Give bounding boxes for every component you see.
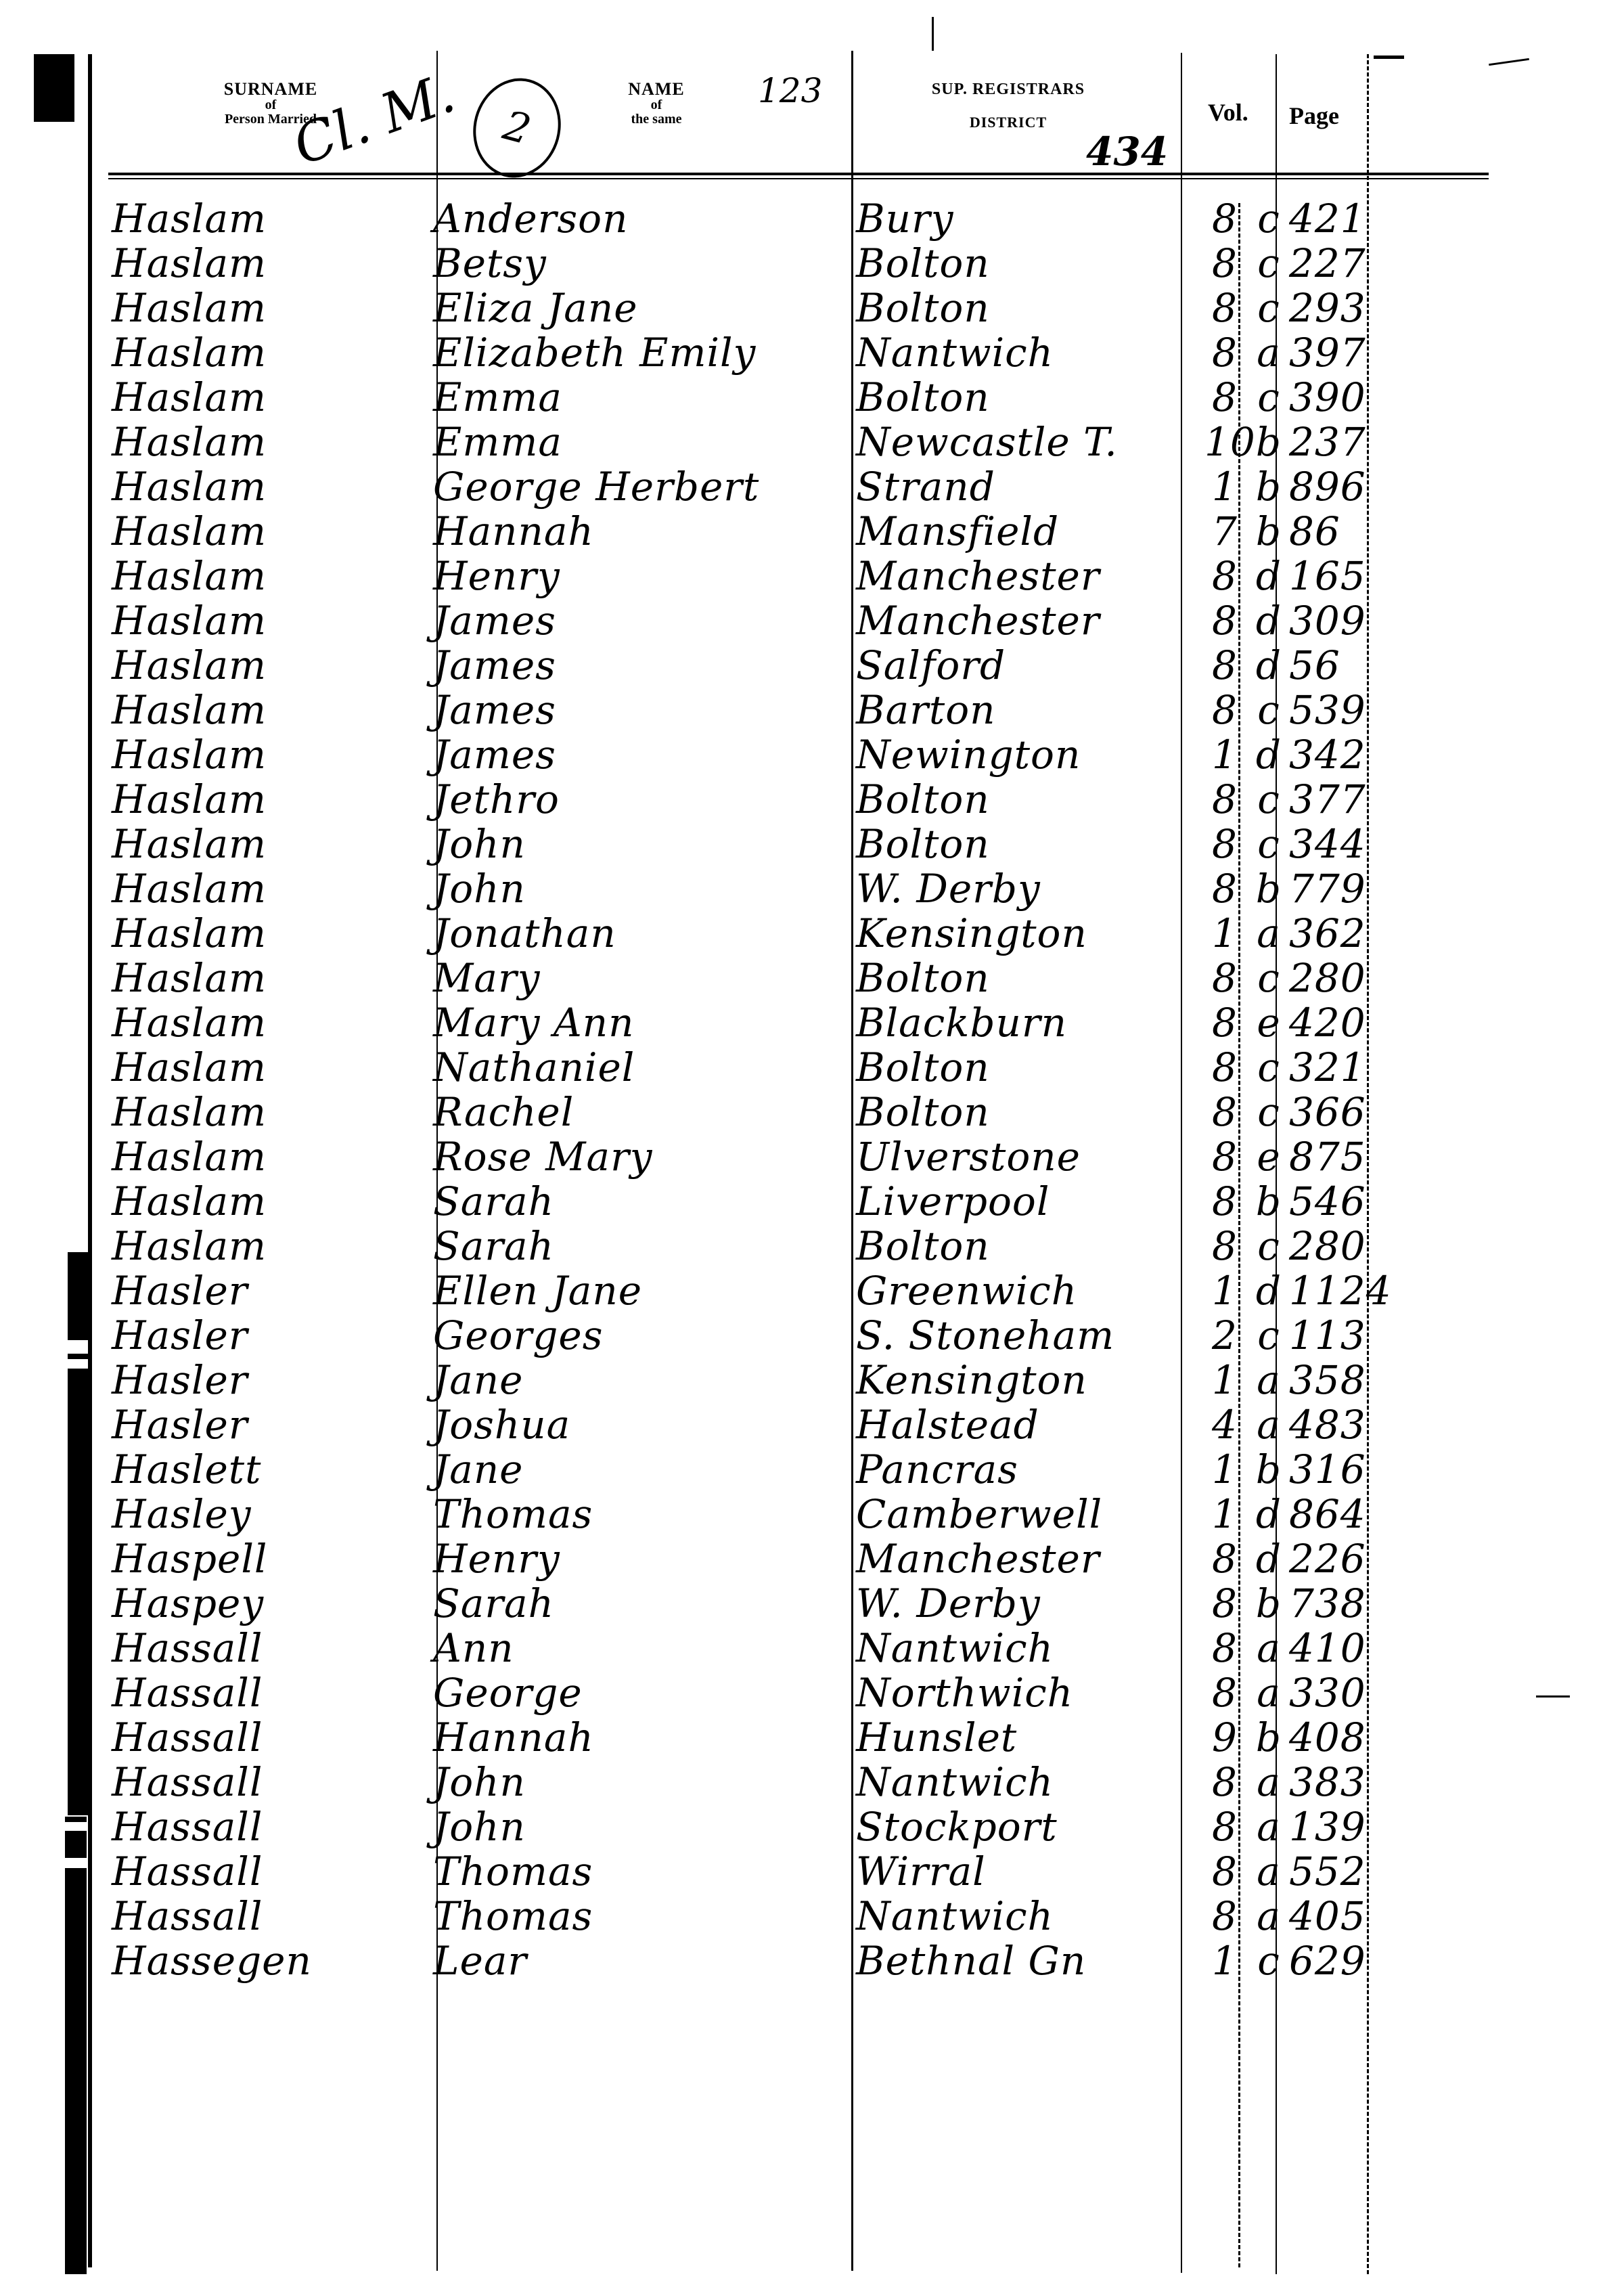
district: Bolton <box>856 241 990 286</box>
district: Bury <box>856 196 953 241</box>
volume-letter: d <box>1248 1536 1289 1581</box>
volume-letter: d <box>1248 554 1289 598</box>
page-number: 864 <box>1289 1492 1366 1536</box>
district: Blackburn <box>856 1000 1067 1045</box>
district: Nantwich <box>856 1760 1054 1804</box>
volume-letter: c <box>1248 822 1289 866</box>
volume-number: 8 <box>1204 1000 1245 1045</box>
volume-letter: a <box>1248 1670 1289 1715</box>
page-number: 237 <box>1289 420 1366 464</box>
given-name: Jonathan <box>433 911 616 956</box>
district: Newington <box>856 732 1081 777</box>
surname: Hasler <box>112 1402 248 1447</box>
entry-row: HaslamElizabeth EmilyNantwich8a397 <box>0 330 1624 375</box>
name-note-annotation: 123 <box>758 71 822 110</box>
volume-number: 8 <box>1204 777 1245 822</box>
entry-row: HaslamSarahBolton8c280 <box>0 1224 1624 1268</box>
surname: Hasler <box>112 1313 248 1358</box>
given-name: Nathaniel <box>433 1045 635 1090</box>
entry-row: HaslamSarahLiverpool8b546 <box>0 1179 1624 1224</box>
district: Northwich <box>856 1670 1073 1715</box>
volume-letter: c <box>1248 777 1289 822</box>
page-number: 56 <box>1289 643 1340 688</box>
page-number: 362 <box>1289 911 1366 956</box>
district: Wirral <box>856 1849 986 1894</box>
entry-row: HassallGeorgeNorthwich8a330 <box>0 1670 1624 1715</box>
entry-row: HassallHannahHunslet9b408 <box>0 1715 1624 1760</box>
header-page: Page <box>1289 102 1339 130</box>
district: Nantwich <box>856 1894 1054 1938</box>
given-name: Hannah <box>433 1715 594 1760</box>
page-number: 280 <box>1289 956 1366 1000</box>
volume-number: 8 <box>1204 1179 1245 1224</box>
entry-row: HaslamEliza JaneBolton8c293 <box>0 286 1624 330</box>
district: Manchester <box>856 1536 1100 1581</box>
entry-row: HasleyThomasCamberwell1d864 <box>0 1492 1624 1536</box>
district: Manchester <box>856 554 1100 598</box>
entry-row: HaslamNathanielBolton8c321 <box>0 1045 1624 1090</box>
given-name: George <box>433 1670 583 1715</box>
surname: Hasler <box>112 1268 248 1313</box>
given-name: Georges <box>433 1313 604 1358</box>
volume-number: 8 <box>1204 822 1245 866</box>
volume-letter: b <box>1248 1447 1289 1492</box>
given-name: Thomas <box>433 1492 593 1536</box>
district: Bolton <box>856 1224 990 1268</box>
surname: Haspey <box>112 1581 264 1626</box>
volume-letter: a <box>1248 330 1289 375</box>
given-name: John <box>433 822 526 866</box>
entry-row: HaslamJamesManchester8d309 <box>0 598 1624 643</box>
given-name: Ann <box>433 1626 514 1670</box>
volume-letter: c <box>1248 688 1289 732</box>
page-number: 410 <box>1289 1626 1366 1670</box>
entry-row: HaslamJonathanKensington1a362 <box>0 911 1624 956</box>
district: Bolton <box>856 822 990 866</box>
volume-letter: d <box>1248 1268 1289 1313</box>
entry-row: HaslerEllen JaneGreenwich1d1124 <box>0 1268 1624 1313</box>
volume-number: 2 <box>1204 1313 1245 1358</box>
surname: Hasley <box>112 1492 252 1536</box>
binding-bar <box>34 54 74 122</box>
volume-letter: c <box>1248 1313 1289 1358</box>
surname: Haslam <box>112 1090 267 1134</box>
given-name: George Herbert <box>433 464 759 509</box>
surname: Haslam <box>112 643 267 688</box>
surname: Haslam <box>112 286 267 330</box>
surname: Haslam <box>112 1179 267 1224</box>
surname: Haslam <box>112 777 267 822</box>
entry-row: HassallAnnNantwich8a410 <box>0 1626 1624 1670</box>
volume-letter: b <box>1248 509 1289 554</box>
page-number: 342 <box>1289 732 1366 777</box>
given-name: Anderson <box>433 196 628 241</box>
volume-letter: a <box>1248 1894 1289 1938</box>
header-district: SUP. REGISTRARS DISTRICT <box>907 81 1110 130</box>
page-number: 875 <box>1289 1134 1366 1179</box>
volume-letter: c <box>1248 1090 1289 1134</box>
district: Manchester <box>856 598 1100 643</box>
entry-row: HaslerGeorgesS. Stoneham2c113 <box>0 1313 1624 1358</box>
volume-letter: e <box>1248 1000 1289 1045</box>
entry-row: HaslamMary AnnBlackburn8e420 <box>0 1000 1624 1045</box>
entry-row: HassegenLearBethnal Gn1c629 <box>0 1938 1624 1983</box>
given-name: Jane <box>433 1358 524 1402</box>
district: Kensington <box>856 911 1087 956</box>
entry-row: HaslamJohnBolton8c344 <box>0 822 1624 866</box>
top-tick <box>932 17 934 51</box>
surname: Haslam <box>112 375 267 420</box>
volume-letter: a <box>1248 1804 1289 1849</box>
volume-number: 10 <box>1204 420 1245 464</box>
district: Salford <box>856 643 1006 688</box>
volume-letter: e <box>1248 1134 1289 1179</box>
given-name: Thomas <box>433 1894 593 1938</box>
given-name: Sarah <box>433 1224 554 1268</box>
volume-number: 8 <box>1204 330 1245 375</box>
volume-number: 8 <box>1204 1626 1245 1670</box>
given-name: Rachel <box>433 1090 574 1134</box>
surname: Hasler <box>112 1358 248 1402</box>
volume-number: 8 <box>1204 241 1245 286</box>
index-page: SURNAME of Person Married NAME of the sa… <box>0 0 1624 2285</box>
surname: Haslam <box>112 330 267 375</box>
surname: Haslam <box>112 241 267 286</box>
entry-row: HaslamEmmaBolton8c390 <box>0 375 1624 420</box>
district: Stockport <box>856 1804 1058 1849</box>
given-name: John <box>433 866 526 911</box>
page-number: 779 <box>1289 866 1366 911</box>
surname: Hassall <box>112 1670 263 1715</box>
surname: Hassall <box>112 1715 263 1760</box>
volume-number: 1 <box>1204 1447 1245 1492</box>
volume-number: 8 <box>1204 286 1245 330</box>
given-name: James <box>433 732 556 777</box>
entry-row: HaslamJamesNewington1d342 <box>0 732 1624 777</box>
entry-row: HaslamJamesBarton8c539 <box>0 688 1624 732</box>
entry-row: HaslerJaneKensington1a358 <box>0 1358 1624 1402</box>
volume-number: 8 <box>1204 866 1245 911</box>
volume-letter: a <box>1248 1402 1289 1447</box>
entry-row: HaslamEmmaNewcastle T.10b237 <box>0 420 1624 464</box>
surname: Haslam <box>112 1045 267 1090</box>
volume-number: 8 <box>1204 1134 1245 1179</box>
page-number: 86 <box>1289 509 1340 554</box>
volume-letter: c <box>1248 1938 1289 1983</box>
volume-number: 8 <box>1204 598 1245 643</box>
page-number: 165 <box>1289 554 1366 598</box>
entry-row: HaspellHenryManchester8d226 <box>0 1536 1624 1581</box>
surname: Haslam <box>112 598 267 643</box>
volume-letter: d <box>1248 643 1289 688</box>
page-number: 321 <box>1289 1045 1366 1090</box>
given-name: James <box>433 688 556 732</box>
given-name: Emma <box>433 375 562 420</box>
district: S. Stoneham <box>856 1313 1114 1358</box>
given-name: John <box>433 1804 526 1849</box>
page-number: 377 <box>1289 777 1366 822</box>
entry-row: HaslettJanePancras1b316 <box>0 1447 1624 1492</box>
page-number: 1124 <box>1289 1268 1392 1313</box>
district: Liverpool <box>856 1179 1050 1224</box>
entry-row: HaslamJamesSalford8d56 <box>0 643 1624 688</box>
surname: Haslam <box>112 1134 267 1179</box>
volume-number: 1 <box>1204 1938 1245 1983</box>
page-number: 896 <box>1289 464 1366 509</box>
district: Pancras <box>856 1447 1018 1492</box>
volume-letter: c <box>1248 241 1289 286</box>
page-number: 738 <box>1289 1581 1366 1626</box>
stray-mark <box>1374 56 1404 59</box>
given-name: Hannah <box>433 509 594 554</box>
volume-number: 8 <box>1204 1536 1245 1581</box>
given-name: Rose Mary <box>433 1134 653 1179</box>
circled-number-annotation: 2 <box>462 68 572 187</box>
district: Halstead <box>856 1402 1039 1447</box>
surname: Haslam <box>112 911 267 956</box>
page-number: 539 <box>1289 688 1366 732</box>
surname: Hassegen <box>112 1938 312 1983</box>
district: Strand <box>856 464 995 509</box>
page-number: 546 <box>1289 1179 1366 1224</box>
stray-mark <box>1489 58 1529 66</box>
volume-number: 1 <box>1204 732 1245 777</box>
page-number: 421 <box>1289 196 1366 241</box>
entry-row: HaslamRose MaryUlverstone8e875 <box>0 1134 1624 1179</box>
entry-row: HassallJohnStockport8a139 <box>0 1804 1624 1849</box>
entry-row: HaslamMaryBolton8c280 <box>0 956 1624 1000</box>
entry-row: HaslamAndersonBury8c421 <box>0 196 1624 241</box>
district: Hunslet <box>856 1715 1017 1760</box>
surname: Haslam <box>112 509 267 554</box>
volume-number: 7 <box>1204 509 1245 554</box>
volume-letter: a <box>1248 1626 1289 1670</box>
page-number: 420 <box>1289 1000 1366 1045</box>
given-name: James <box>433 598 556 643</box>
header-rule-thin <box>108 178 1489 179</box>
surname: Haslam <box>112 196 267 241</box>
page-number: 483 <box>1289 1402 1366 1447</box>
surname: Haslam <box>112 1224 267 1268</box>
district: Bolton <box>856 375 990 420</box>
page-number: 629 <box>1289 1938 1366 1983</box>
volume-letter: a <box>1248 1358 1289 1402</box>
given-name: Henry <box>433 1536 560 1581</box>
volume-number: 1 <box>1204 464 1245 509</box>
volume-number: 8 <box>1204 554 1245 598</box>
given-name: Sarah <box>433 1581 554 1626</box>
volume-letter: d <box>1248 598 1289 643</box>
volume-letter: b <box>1248 1715 1289 1760</box>
given-name: Jane <box>433 1447 524 1492</box>
entry-row: HassallJohnNantwich8a383 <box>0 1760 1624 1804</box>
surname: Haslam <box>112 732 267 777</box>
volume-number: 1 <box>1204 911 1245 956</box>
entry-row: HaslamBetsyBolton8c227 <box>0 241 1624 286</box>
volume-letter: d <box>1248 732 1289 777</box>
given-name: Elizabeth Emily <box>433 330 756 375</box>
given-name: Thomas <box>433 1849 593 1894</box>
given-name: Henry <box>433 554 560 598</box>
volume-letter: c <box>1248 1224 1289 1268</box>
page-number: 139 <box>1289 1804 1366 1849</box>
district: Ulverstone <box>856 1134 1081 1179</box>
surname: Hassall <box>112 1894 263 1938</box>
surname: Haslam <box>112 688 267 732</box>
given-name: John <box>433 1760 526 1804</box>
volume-letter: a <box>1248 911 1289 956</box>
entry-row: HaslamJethroBolton8c377 <box>0 777 1624 822</box>
page-number: 408 <box>1289 1715 1366 1760</box>
entry-row: HaslamGeorge HerbertStrand1b896 <box>0 464 1624 509</box>
page-number: 227 <box>1289 241 1366 286</box>
volume-letter: c <box>1248 375 1289 420</box>
page-number: 293 <box>1289 286 1366 330</box>
page-number: 366 <box>1289 1090 1366 1134</box>
district: W. Derby <box>856 1581 1041 1626</box>
entry-row: HaslamHenryManchester8d165 <box>0 554 1624 598</box>
stray-mark <box>1536 1695 1570 1698</box>
given-name: Lear <box>433 1938 527 1983</box>
district: Bolton <box>856 286 990 330</box>
volume-letter: d <box>1248 1492 1289 1536</box>
district: Barton <box>856 688 996 732</box>
surname: Haslam <box>112 866 267 911</box>
surname: Haslam <box>112 956 267 1000</box>
page-number: 226 <box>1289 1536 1366 1581</box>
volume-letter: b <box>1248 420 1289 464</box>
entry-row: HaslamRachelBolton8c366 <box>0 1090 1624 1134</box>
surname: Hassall <box>112 1849 263 1894</box>
page-number: 113 <box>1289 1313 1366 1358</box>
volume-number: 8 <box>1204 196 1245 241</box>
given-name: James <box>433 643 556 688</box>
district: Camberwell <box>856 1492 1102 1536</box>
district: W. Derby <box>856 866 1041 911</box>
volume-number: 8 <box>1204 643 1245 688</box>
entry-row: HassallThomasNantwich8a405 <box>0 1894 1624 1938</box>
volume-letter: c <box>1248 196 1289 241</box>
volume-letter: a <box>1248 1849 1289 1894</box>
volume-letter: c <box>1248 956 1289 1000</box>
district: Bethnal Gn <box>856 1938 1086 1983</box>
volume-number: 8 <box>1204 1224 1245 1268</box>
page-number: 309 <box>1289 598 1366 643</box>
given-name: Eliza Jane <box>433 286 638 330</box>
given-name: Jethro <box>433 777 560 822</box>
volume-number: 8 <box>1204 1090 1245 1134</box>
page-number: 280 <box>1289 1224 1366 1268</box>
district: Mansfield <box>856 509 1059 554</box>
page-number: 358 <box>1289 1358 1366 1402</box>
volume-letter: c <box>1248 1045 1289 1090</box>
entry-row: HaslamHannahMansfield7b86 <box>0 509 1624 554</box>
surname: Haslam <box>112 420 267 464</box>
district: Bolton <box>856 1090 990 1134</box>
page-number: 344 <box>1289 822 1366 866</box>
header-vol: Vol. <box>1208 98 1248 127</box>
given-name: Ellen Jane <box>433 1268 642 1313</box>
district: Nantwich <box>856 1626 1054 1670</box>
district: Greenwich <box>856 1268 1077 1313</box>
header-name: NAME of the same <box>609 80 704 127</box>
page-number: 552 <box>1289 1849 1366 1894</box>
district: Newcastle T. <box>856 420 1118 464</box>
given-name: Mary Ann <box>433 1000 635 1045</box>
district: Kensington <box>856 1358 1087 1402</box>
entry-row: HassallThomasWirral8a552 <box>0 1849 1624 1894</box>
district: Bolton <box>856 956 990 1000</box>
entry-row: HaslamJohnW. Derby8b779 <box>0 866 1624 911</box>
given-name: Joshua <box>433 1402 570 1447</box>
page-number: 383 <box>1289 1760 1366 1804</box>
entry-row: HaspeySarahW. Derby8b738 <box>0 1581 1624 1626</box>
surname: Hassall <box>112 1760 263 1804</box>
surname: Haspell <box>112 1536 267 1581</box>
district: Nantwich <box>856 330 1054 375</box>
page-number: 330 <box>1289 1670 1366 1715</box>
volume-letter: b <box>1248 1179 1289 1224</box>
surname: Hassall <box>112 1804 263 1849</box>
district: Bolton <box>856 1045 990 1090</box>
volume-number: 8 <box>1204 1670 1245 1715</box>
surname: Haslam <box>112 554 267 598</box>
given-name: Emma <box>433 420 562 464</box>
volume-number: 1 <box>1204 1358 1245 1402</box>
given-name: Sarah <box>433 1179 554 1224</box>
volume-number: 1 <box>1204 1492 1245 1536</box>
volume-number: 8 <box>1204 1849 1245 1894</box>
volume-letter: b <box>1248 866 1289 911</box>
surname: Haslam <box>112 464 267 509</box>
volume-number: 8 <box>1204 1760 1245 1804</box>
surname: Haslam <box>112 1000 267 1045</box>
district: Bolton <box>856 777 990 822</box>
district-number-annotation: 434 <box>1086 129 1168 175</box>
volume-number: 8 <box>1204 688 1245 732</box>
volume-number: 8 <box>1204 375 1245 420</box>
given-name: Betsy <box>433 241 547 286</box>
volume-letter: b <box>1248 464 1289 509</box>
given-name: Mary <box>433 956 540 1000</box>
volume-number: 8 <box>1204 1894 1245 1938</box>
page-number: 390 <box>1289 375 1366 420</box>
volume-number: 8 <box>1204 1804 1245 1849</box>
page-number: 316 <box>1289 1447 1366 1492</box>
entry-row: HaslerJoshuaHalstead4a483 <box>0 1402 1624 1447</box>
page-number: 397 <box>1289 330 1366 375</box>
page-number: 405 <box>1289 1894 1366 1938</box>
volume-letter: c <box>1248 286 1289 330</box>
surname: Haslett <box>112 1447 261 1492</box>
volume-number: 8 <box>1204 956 1245 1000</box>
volume-number: 8 <box>1204 1581 1245 1626</box>
volume-letter: a <box>1248 1760 1289 1804</box>
volume-number: 9 <box>1204 1715 1245 1760</box>
surname: Haslam <box>112 822 267 866</box>
surname: Hassall <box>112 1626 263 1670</box>
volume-number: 8 <box>1204 1045 1245 1090</box>
volume-number: 1 <box>1204 1268 1245 1313</box>
volume-number: 4 <box>1204 1402 1245 1447</box>
volume-letter: b <box>1248 1581 1289 1626</box>
